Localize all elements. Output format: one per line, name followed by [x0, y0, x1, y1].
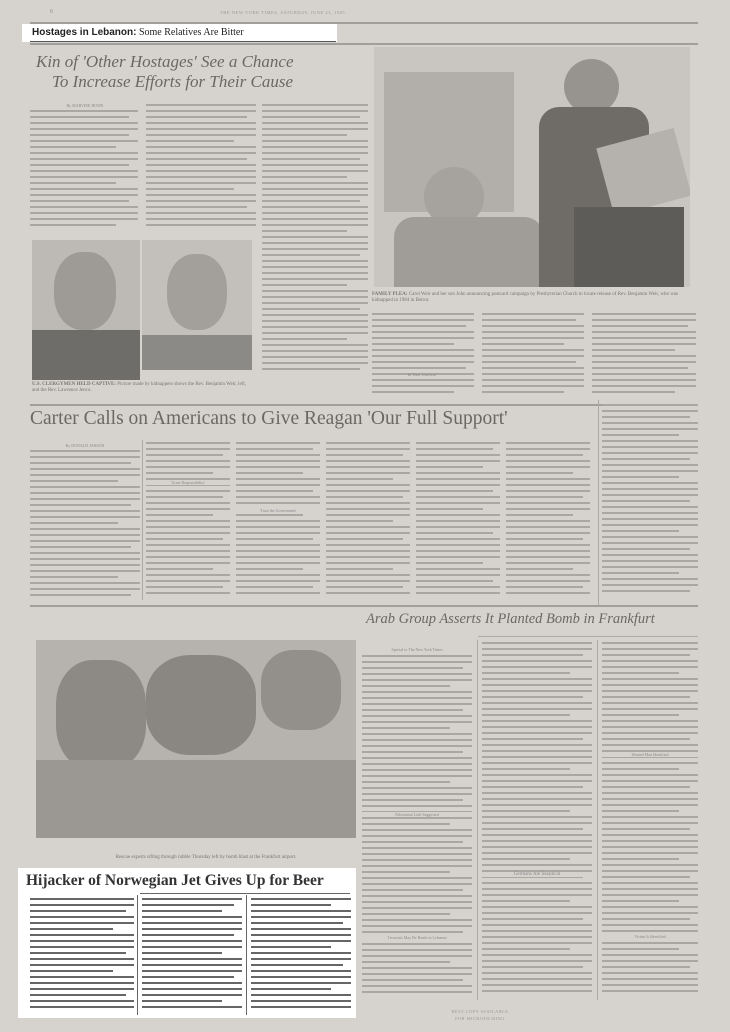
- article-arab-subhead-5: Victim Is Identified: [602, 934, 698, 939]
- article-arab-headline: Arab Group Asserts It Planted Bomb in Fr…: [366, 611, 655, 628]
- arab-col-rule-2: [597, 640, 598, 1000]
- hijacker-col-rule-1: [137, 895, 138, 1015]
- article-kin-headline-2: To Increase Efforts for Their Cause: [52, 72, 293, 92]
- photo-family-plea: [374, 47, 690, 287]
- photo-frankfurt-caption: Rescue experts sifting through rubble Th…: [56, 855, 356, 861]
- hijacker-col-rule-2: [246, 895, 247, 1015]
- article-arab-subhead-1: Palestinian Link Suggested: [362, 812, 472, 817]
- clip-label-rest: Some Relatives Are Bitter: [136, 27, 243, 38]
- photo-clergyman-weir: [32, 240, 140, 380]
- article-kin-col-4: [372, 313, 474, 400]
- article-kin-byline: By MARVINE HOWE: [30, 103, 140, 108]
- article-arab-subhead-4: Wanted Man Identified: [602, 752, 698, 757]
- arab-col-rule-1: [477, 640, 478, 1000]
- article-arab-subhead-2: Terrorists May Be Bomb in Lebanon: [362, 935, 472, 940]
- article-kin-subhead-2: 'In Their Universe': [372, 372, 472, 377]
- photo-family-plea-caption: FAMILY PLEA: Carol Weir and her son John…: [372, 292, 692, 304]
- page-number: 6: [50, 9, 53, 15]
- article-kin-col-2: [146, 104, 256, 235]
- photo-clergyman-jenco: [142, 240, 252, 370]
- article-carter-col-5: [416, 442, 500, 600]
- article-kin-col-3: [262, 104, 368, 376]
- article-arab-col-3: [602, 642, 698, 1000]
- article-carter-col-4: [326, 442, 410, 600]
- photo-clergymen-caption: U.S. CLERGYMEN HELD CAPTIVE: Picture mad…: [32, 382, 247, 394]
- article-arab-col-2: [482, 642, 592, 1000]
- article-carter-col-2: [146, 442, 230, 600]
- article-kin-col-1: [30, 110, 138, 235]
- article-arab-dateline: Special to The New York Times: [362, 647, 472, 652]
- article-carter-subhead-2: 'Trust the Government': [236, 508, 320, 513]
- article-carter-col-6: [506, 442, 590, 600]
- carter-right-col-rule: [598, 400, 599, 605]
- clip-label: Hostages in Lebanon: Some Relatives Are …: [32, 27, 244, 38]
- article-carter-col-3: [236, 442, 320, 600]
- article-hijacker-col-2: [142, 898, 242, 1013]
- article-kin-headline-1: Kin of 'Other Hostages' See a Chance: [36, 52, 294, 72]
- photo-frankfurt-rubble: [36, 640, 356, 838]
- article-hijacker-col-1: [30, 898, 134, 1013]
- hijacker-headline-rule: [140, 893, 350, 894]
- article-kin-col-5: [482, 313, 584, 400]
- article-hijacker-headline: Hijacker of Norwegian Jet Gives Up for B…: [26, 872, 324, 890]
- footer-line-1: BEST COPY AVAILABLE: [430, 1009, 530, 1014]
- section-rule-arab: [30, 605, 698, 607]
- article-carter-headline: Carter Calls on Americans to Give Reagan…: [30, 408, 508, 430]
- section-rule-top: [30, 43, 698, 45]
- clip-label-bold: Hostages in Lebanon:: [32, 27, 136, 38]
- article-arab-col-1: [362, 655, 472, 1000]
- arab-headline-rule: [478, 636, 698, 637]
- article-carter-col-1: [30, 450, 140, 600]
- article-carter-byline: By DONALD JANSON: [30, 443, 140, 448]
- article-carter-subhead-1: 'Great Responsibility': [146, 480, 230, 485]
- article-hijacker-col-3: [251, 898, 351, 1013]
- footer-line-2: FOR MICROFILMING: [430, 1016, 530, 1021]
- carter-col-rule: [142, 440, 143, 600]
- article-kin-col-6: [592, 313, 696, 400]
- clip-label-rule: [30, 41, 336, 42]
- article-arab-subhead-3: Germans Are Skeptical: [482, 872, 592, 877]
- article-carter-col-7: [602, 404, 698, 600]
- masthead: THE NEW YORK TIMES, SATURDAY, JUNE 21, 1…: [220, 10, 345, 15]
